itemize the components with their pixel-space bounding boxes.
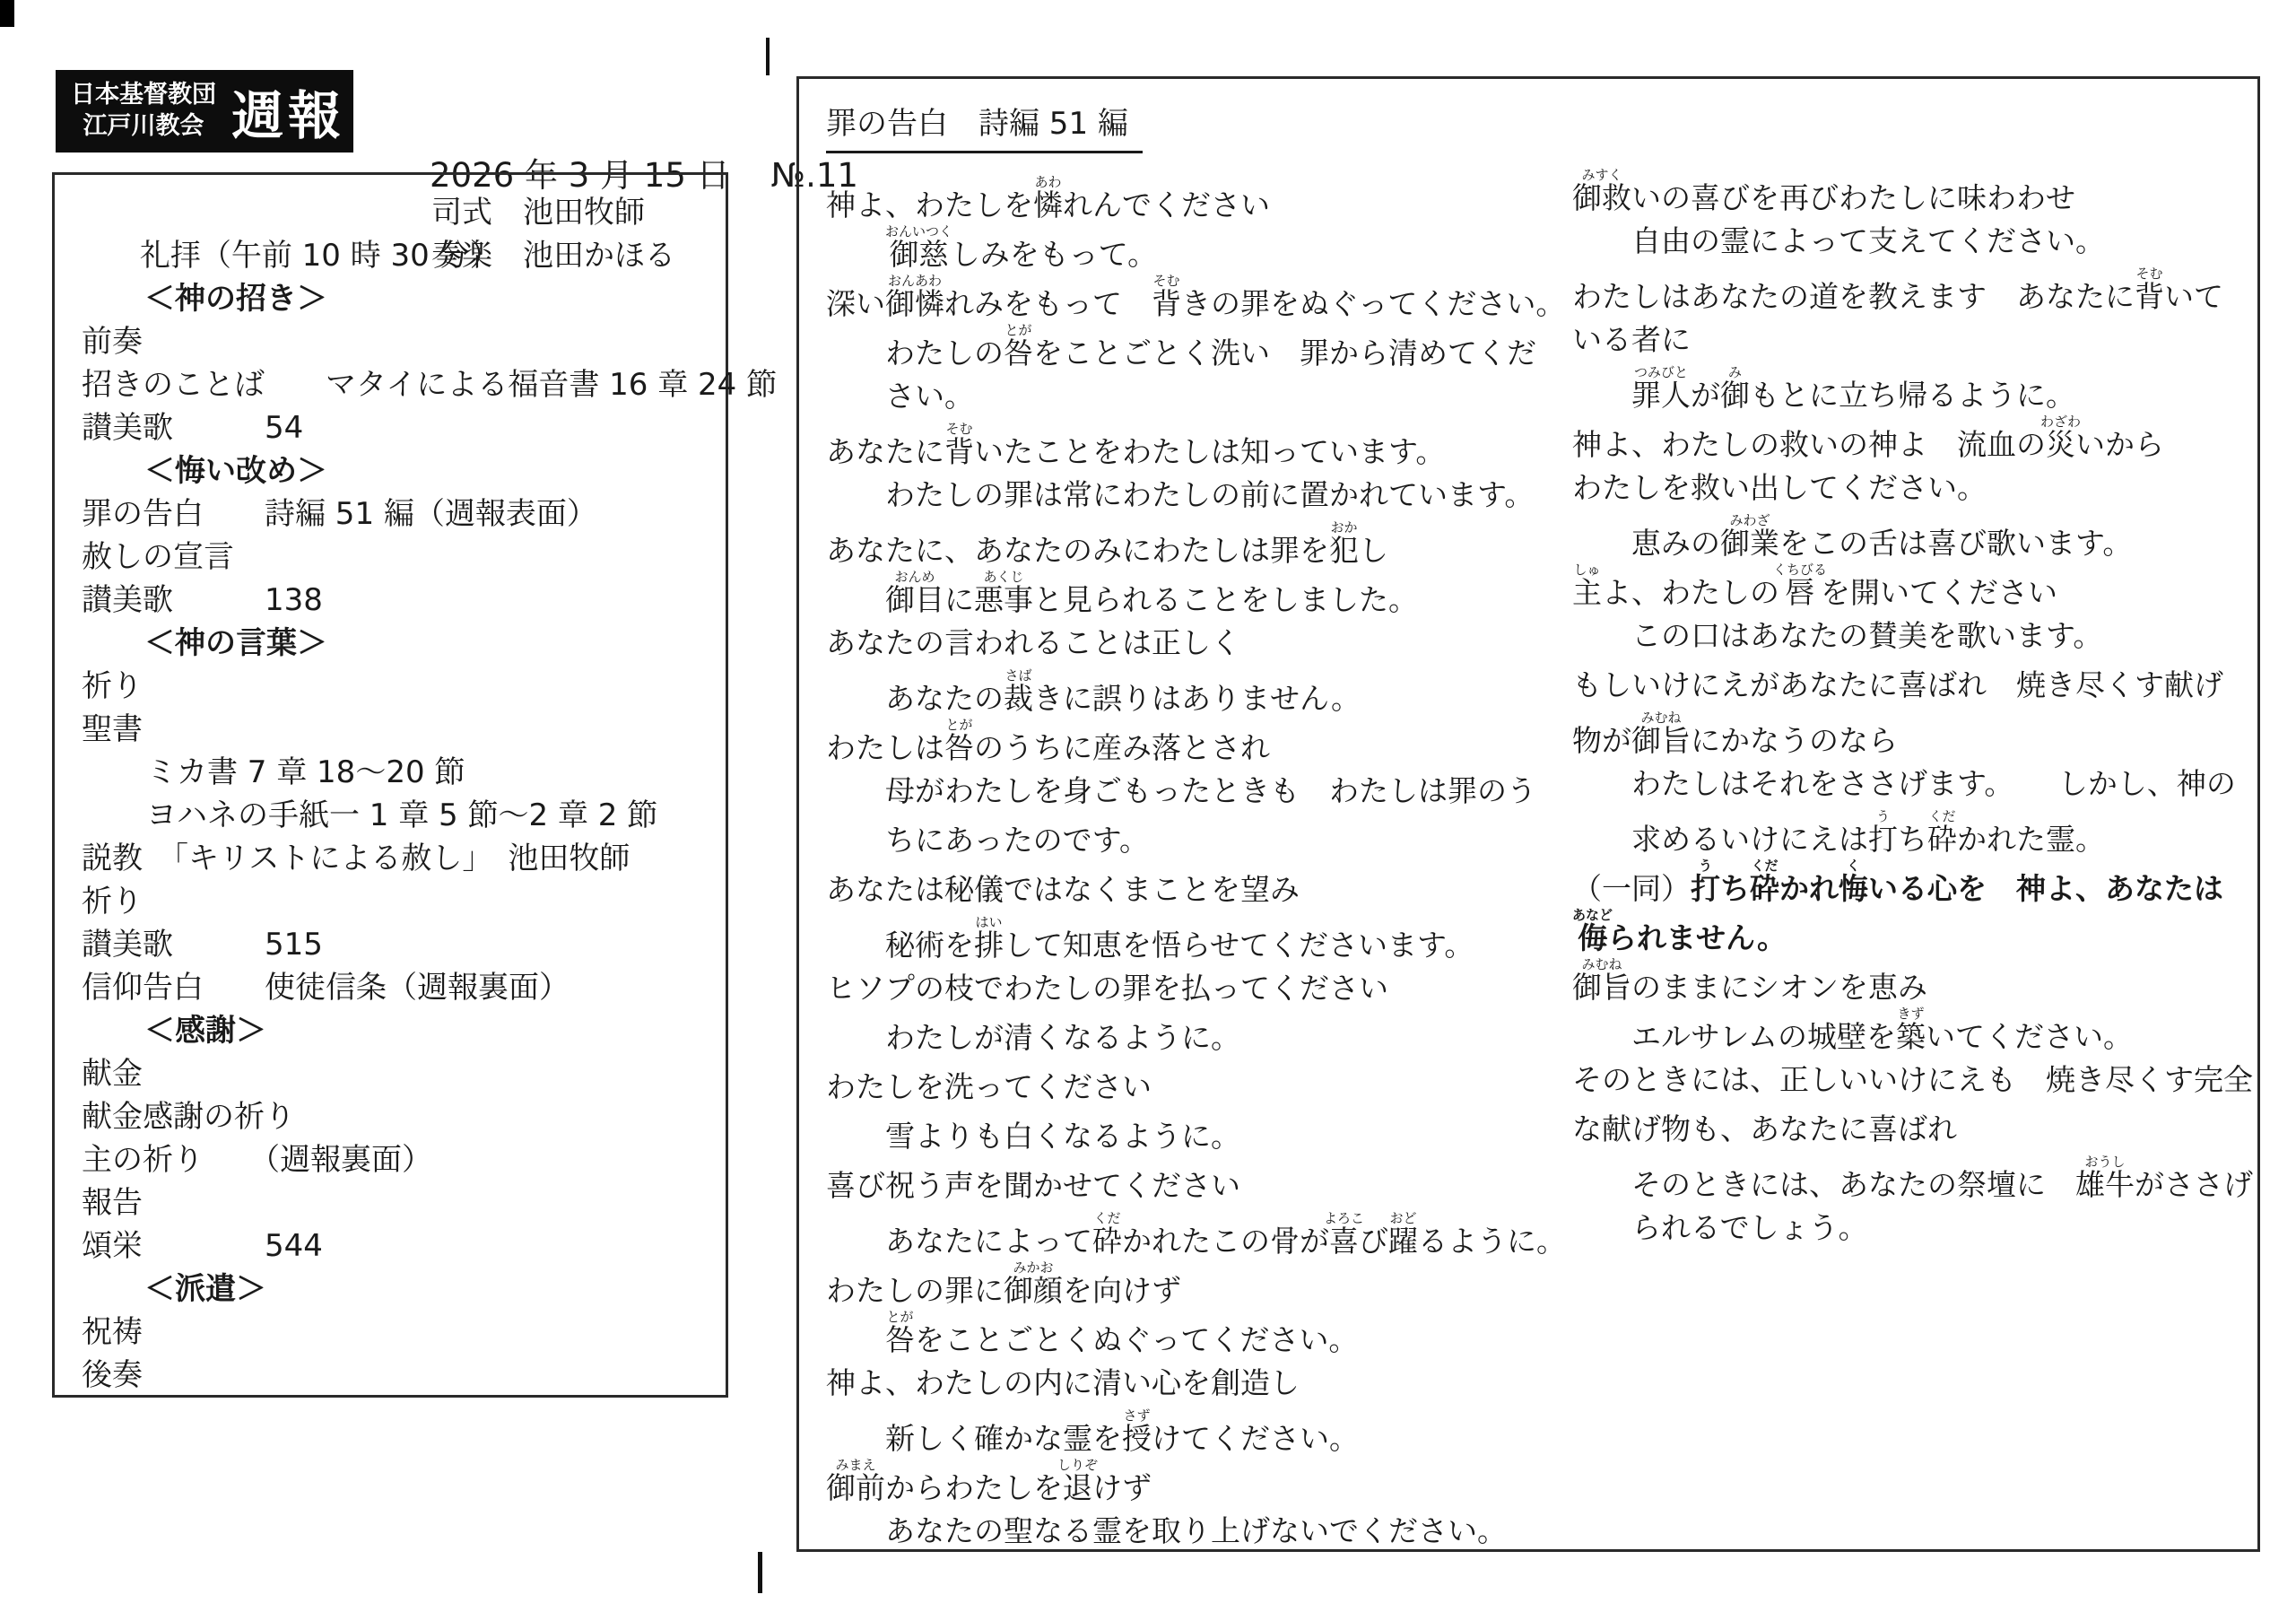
ruby-annotated-word: 咎とが: [885, 1322, 915, 1357]
order-section-heading: ＜神の言葉＞: [82, 622, 726, 665]
church-name-line1: 日本基督教団: [56, 80, 231, 111]
service-order-box: 礼拝（午前 10 時 30 分） 司式池田牧師 奏楽池田かほる ＜神の招き＞前奏…: [52, 172, 728, 1398]
ruby-annotated-word: 御旨みむね: [1631, 723, 1691, 758]
ruby-annotated-word: 御憐おんあわ: [885, 286, 944, 321]
order-item: 祈り: [82, 665, 726, 708]
musician-entry: 奏楽池田かほる: [431, 234, 675, 277]
psalm-line: わたしの罪に御顔みかおを向けず: [826, 1259, 1558, 1309]
psalm-line: 雪よりも白くなるように。: [826, 1111, 1558, 1161]
psalm-line: わたしは咎とがのうちに産み落とされ: [826, 717, 1558, 766]
musician-label: 奏楽: [431, 238, 492, 274]
scan-artifact-mark: [0, 0, 14, 27]
order-item: ヨハネの手紙一 1 章 5 節～2 章 2 節: [82, 794, 726, 837]
psalm-line: な献げ物も、あなたに喜ばれ: [1572, 1104, 2256, 1154]
order-item: 献金感謝の祈り: [82, 1095, 726, 1138]
masthead: 日本基督教団 江戸川教会 週報: [56, 70, 353, 152]
psalm-line: 御救みすくいの喜びを再びわたしに味わわせ: [1572, 167, 2256, 216]
psalm-line: 恵みの御業みわざをこの舌は喜び歌います。: [1572, 512, 2256, 562]
ruby-annotated-word: 悔く: [1839, 871, 1868, 906]
order-item: 赦しの宣言: [82, 536, 726, 579]
order-item: 報告: [82, 1181, 726, 1224]
service-header-row2: 奏楽池田かほる: [82, 234, 726, 277]
ruby-annotated-word: 御顔みかお: [1004, 1273, 1063, 1308]
ruby-annotated-word: 背そむ: [1152, 286, 1181, 321]
order-item: 罪の告白 詩編 51 編（週報表面）: [82, 492, 726, 536]
congregation-marker: （一同）: [1572, 871, 1691, 906]
order-section-heading: ＜悔い改め＞: [82, 449, 726, 492]
psalm-line: あなたは秘儀ではなくまことを望み: [826, 865, 1558, 914]
ruby-annotated-word: 罪人つみびと: [1631, 378, 1691, 413]
psalm-line: あなたに背そむいたことをわたしは知っています。: [826, 421, 1558, 470]
order-item: 讃美歌 138: [82, 579, 726, 622]
ruby-annotated-word: 災わざわ: [2046, 427, 2075, 462]
ruby-annotated-word: 侮あなど: [1572, 920, 1607, 955]
ruby-annotated-word: 御目おんめ: [885, 582, 944, 617]
psalm-line: 自由の霊によって支えてください。: [1572, 216, 2256, 266]
psalm-line: あなたの言われることは正しく: [826, 618, 1558, 667]
ruby-annotated-word: 背そむ: [944, 434, 974, 469]
psalm-line: 罪人つみびとが御みもとに立ち帰るように。: [1572, 364, 2256, 414]
order-item: 招きのことば マタイによる福音書 16 章 24 節: [82, 363, 726, 406]
psalm-line: ヒソプの枝でわたしの罪を払ってください: [826, 963, 1558, 1013]
service-order-list: ＜神の招き＞前奏招きのことば マタイによる福音書 16 章 24 節讃美歌 54…: [82, 277, 726, 1397]
psalm-line: エルサレムの城壁を築きずいてください。: [1572, 1006, 2256, 1055]
ruby-annotated-word: 御慈おんいつく: [885, 237, 951, 272]
psalm-line: わたしの咎とがをことごとく洗い 罪から清めてくだ: [826, 322, 1558, 371]
psalm-column-1: 神よ、わたしを憐あわれんでください御慈おんいつくしみをもって。深い御憐おんあわれ…: [826, 174, 1558, 1555]
ruby-annotated-word: 咎とが: [1004, 335, 1033, 370]
psalm-line: 母がわたしを身ごもったときも わたしは罪のう: [826, 766, 1558, 815]
psalm-line: そのときには、正しいいけにえも 焼き尽くす完全: [1572, 1055, 2256, 1104]
psalm-box: 罪の告白 詩編 51 編 神よ、わたしを憐あわれんでください御慈おんいつくしみを…: [796, 76, 2260, 1552]
order-item: ミカ書 7 章 18～20 節: [82, 751, 726, 794]
psalm-line: 神よ、わたしの内に清い心を創造し: [826, 1358, 1558, 1407]
psalm-line: わたしはそれをささげます。 しかし、神の: [1572, 759, 2256, 808]
ruby-annotated-word: 主しゅ: [1572, 575, 1602, 610]
ruby-annotated-word: 咎とが: [944, 730, 974, 765]
ruby-annotated-word: 唇くちびる: [1779, 575, 1821, 610]
officiant-name: 池田牧師: [523, 195, 645, 231]
psalm-line: 喜び祝う声を聞かせてください: [826, 1161, 1558, 1210]
psalm-line: もしいけにえがあなたに喜ばれ 焼き尽くす献げ: [1572, 660, 2256, 710]
ruby-annotated-word: 裁さば: [1004, 681, 1033, 716]
psalm-line: わたしはあなたの道を教えます あなたに背そむいて: [1572, 266, 2256, 315]
psalm-column-2: 御救みすくいの喜びを再びわたしに味わわせ自由の霊によって支えてください。わたしは…: [1572, 167, 2256, 1252]
psalm-title: 罪の告白 詩編 51 編: [826, 99, 1143, 153]
psalm-line: 神よ、わたしの救いの神よ 流血の災わざわいから: [1572, 414, 2256, 463]
order-section-heading: ＜神の招き＞: [82, 277, 726, 320]
psalm-line: 侮あなどられません。: [1572, 907, 2256, 956]
order-item: 祝祷: [82, 1311, 726, 1354]
psalm-line: 深い御憐おんあわれみをもって 背そむきの罪をぬぐってください。: [826, 273, 1558, 322]
psalm-line: 主しゅよ、わたしの唇くちびるを開いてください: [1572, 562, 2256, 611]
psalm-line: 御旨みむねのままにシオンを恵み: [1572, 956, 2256, 1006]
psalm-line: 新しく確かな霊を授さずけてください。: [826, 1407, 1558, 1457]
psalm-line: （一同）打うち砕くだかれ悔くいる心を 神よ、あなたは: [1572, 858, 2256, 907]
service-header-row1: 礼拝（午前 10 時 30 分） 司式池田牧師: [82, 191, 726, 234]
ruby-annotated-word: 砕くだ: [1750, 871, 1779, 906]
order-item: 讃美歌 54: [82, 406, 726, 449]
psalm-line: この口はあなたの賛美を歌います。: [1572, 611, 2256, 660]
psalm-line: ちにあったのです。: [826, 815, 1558, 865]
psalm-line: られるでしょう。: [1572, 1203, 2256, 1252]
ruby-annotated-word: 躍おど: [1388, 1224, 1418, 1259]
ruby-annotated-word: 御み: [1720, 378, 1750, 413]
bulletin-title: 週報: [231, 74, 344, 149]
psalm-line: 咎とがをことごとくぬぐってください。: [826, 1309, 1558, 1358]
psalm-line: 御目おんめに悪事あくじと見られることをしました。: [826, 569, 1558, 618]
ruby-annotated-word: 御前みまえ: [826, 1470, 885, 1505]
order-item: 聖書: [82, 708, 726, 751]
psalm-line: 御慈おんいつくしみをもって。: [826, 223, 1558, 273]
order-item: 説教 「キリストによる赦し」 池田牧師: [82, 837, 726, 880]
psalm-line: 御前みまえからわたしを退しりぞけず: [826, 1457, 1558, 1506]
ruby-annotated-word: 退しりぞ: [1063, 1470, 1092, 1505]
psalm-line: 神よ、わたしを憐あわれんでください: [826, 174, 1558, 223]
order-item: 祈り: [82, 880, 726, 923]
psalm-line: わたしを洗ってください: [826, 1062, 1558, 1111]
registration-mark-top: [766, 38, 770, 75]
order-item: 讃美歌 515: [82, 923, 726, 966]
bulletin-page: 日本基督教団 江戸川教会 週報 2026 年 3 月 15 日№.11 礼拝（午…: [0, 0, 2296, 1612]
ruby-annotated-word: 悪事あくじ: [974, 582, 1033, 617]
order-item: 後奏: [82, 1354, 726, 1397]
psalm-line: 物が御旨みむねにかなうのなら: [1572, 710, 2256, 759]
officiant-entry: 司式池田牧師: [431, 191, 645, 234]
ruby-annotated-word: 雄牛おうし: [2075, 1167, 2135, 1202]
ruby-annotated-word: 打う: [1691, 871, 1720, 906]
church-name: 日本基督教団 江戸川教会: [56, 80, 231, 142]
order-section-heading: ＜感謝＞: [82, 1009, 726, 1052]
ruby-annotated-word: 授さず: [1122, 1421, 1152, 1456]
psalm-line: あなたによって砕くだかれたこの骨が喜よろこび躍おどるように。: [826, 1210, 1558, 1259]
ruby-annotated-word: 砕くだ: [1092, 1224, 1122, 1259]
psalm-line: 求めるいけにえは打うち砕くだかれた霊。: [1572, 808, 2256, 858]
psalm-line: 秘術を排はいして知恵を悟らせてくださいます。: [826, 914, 1558, 963]
order-item: 献金: [82, 1052, 726, 1095]
psalm-line: わたしの罪は常にわたしの前に置かれています。: [826, 470, 1558, 519]
officiant-label: 司式: [431, 195, 492, 231]
ruby-annotated-word: 喜よろこ: [1329, 1224, 1359, 1259]
psalm-line: わたしを救い出してください。: [1572, 463, 2256, 512]
psalm-line: さい。: [826, 371, 1558, 421]
registration-mark-bottom: [758, 1552, 762, 1593]
order-item: 頌栄 544: [82, 1224, 726, 1268]
ruby-annotated-word: 打う: [1868, 822, 1898, 857]
ruby-annotated-word: 憐あわ: [1033, 187, 1063, 222]
psalm-line: あなたの聖なる霊を取り上げないでください。: [826, 1506, 1558, 1555]
psalm-line: いる者に: [1572, 315, 2256, 364]
order-section-heading: ＜派遣＞: [82, 1268, 726, 1311]
psalm-line: あなたの裁さばきに誤りはありません。: [826, 667, 1558, 717]
order-item: 信仰告白 使徒信条（週報裏面）: [82, 966, 726, 1009]
ruby-annotated-word: 築きず: [1896, 1019, 1926, 1054]
psalm-line: わたしが清くなるように。: [826, 1013, 1558, 1062]
psalm-line: あなたに、あなたのみにわたしは罪を犯おかし: [826, 519, 1558, 569]
ruby-annotated-word: 御旨みむね: [1572, 970, 1631, 1005]
church-name-line2: 江戸川教会: [56, 111, 231, 143]
ruby-annotated-word: 背そむ: [2135, 279, 2164, 314]
musician-name: 池田かほる: [523, 238, 675, 274]
ruby-annotated-word: 御業みわざ: [1720, 526, 1779, 561]
order-item: 前奏: [82, 320, 726, 363]
ruby-annotated-word: 犯おか: [1329, 533, 1359, 568]
ruby-annotated-word: 砕くだ: [1927, 822, 1957, 857]
order-item: 主の祈り （週報裏面）: [82, 1138, 726, 1181]
ruby-annotated-word: 御救みすく: [1572, 180, 1631, 215]
psalm-line: そのときには、あなたの祭壇に 雄牛おうしがささげ: [1572, 1154, 2256, 1203]
ruby-annotated-word: 排はい: [974, 928, 1004, 963]
